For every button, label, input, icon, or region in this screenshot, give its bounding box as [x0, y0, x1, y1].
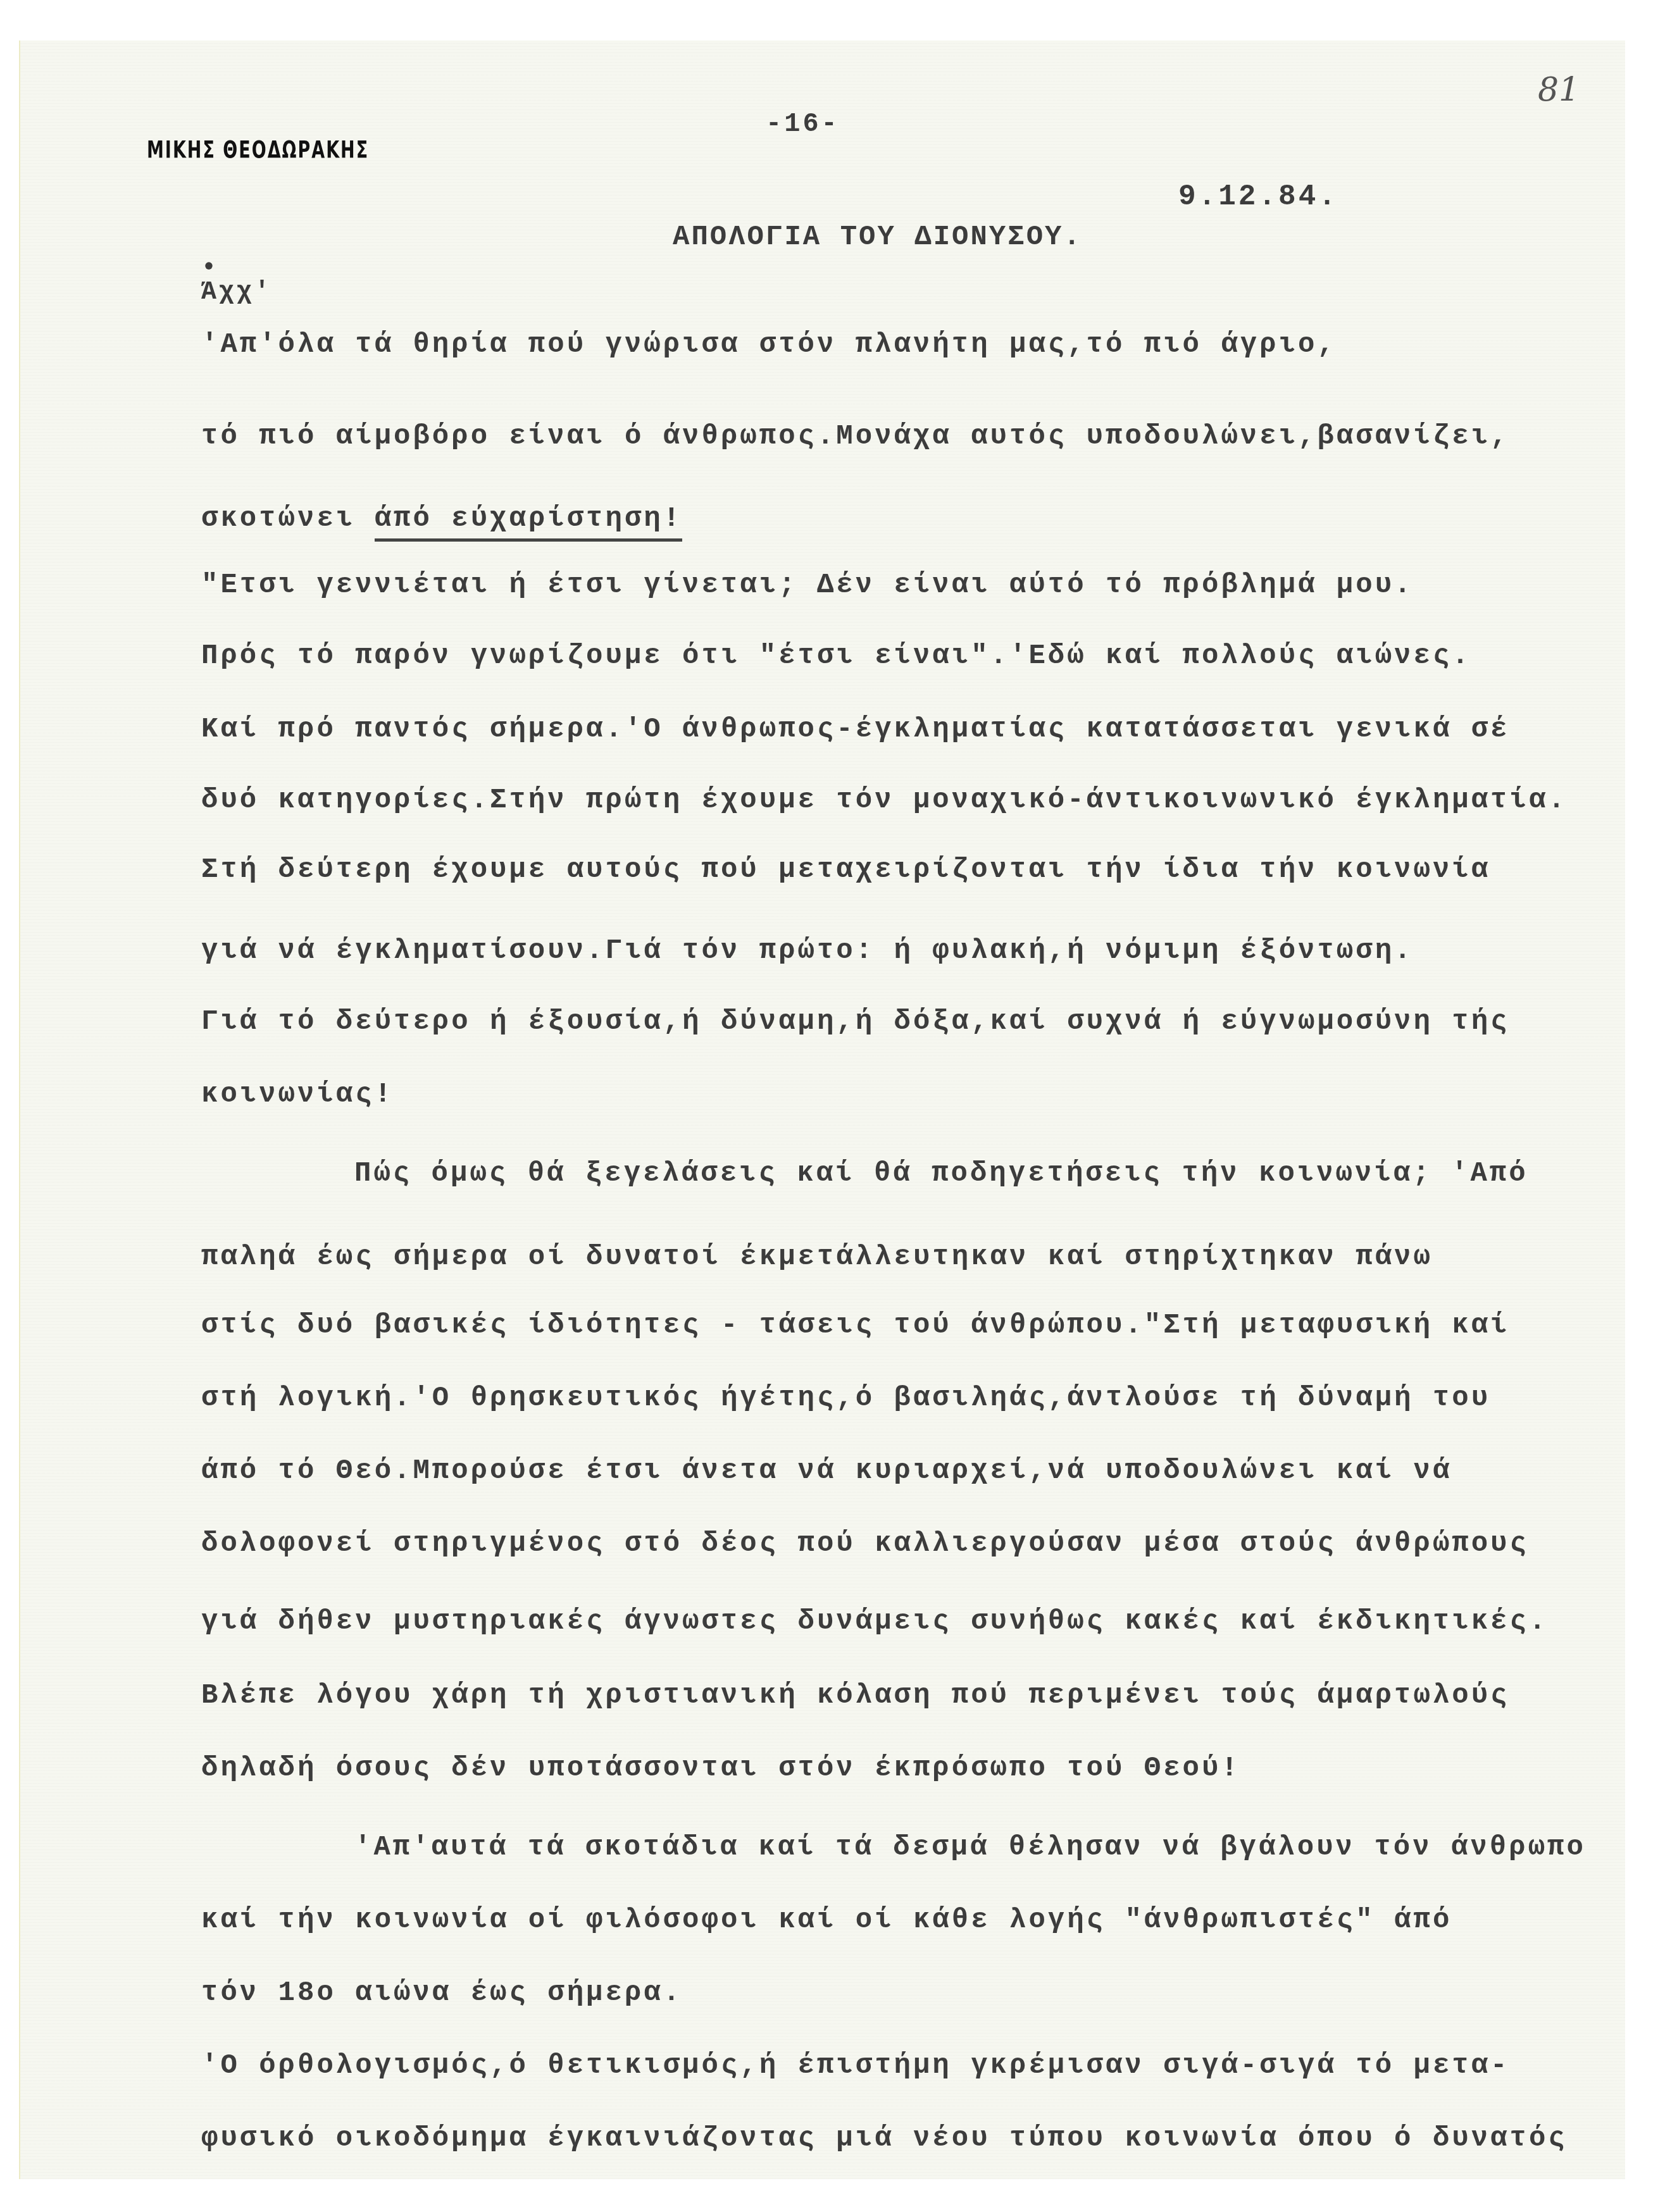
text-line: Καί πρό παντός σήμερα.'Ο άνθρωπος-έγκλημ…	[201, 714, 1510, 745]
text-line: στή λογική.'Ο θρησκευτικός ήγέτης,ό βασι…	[201, 1382, 1490, 1414]
page-number: -16-	[766, 109, 840, 139]
folio-number-handwritten: 81	[1538, 71, 1580, 109]
text-line: 'Απ'αυτά τά σκοτάδια καί τά δεσμά θέλησα…	[354, 1832, 1586, 1863]
text-line: φυσικό οικοδόμημα έγκαινιάζοντας μιά νέο…	[201, 2123, 1568, 2154]
text-line-start: σκοτώνει	[201, 503, 375, 535]
text-line: άπό τό Θεό.Μπορούσε έτσι άνετα νά κυριαρ…	[201, 1455, 1452, 1487]
document-title: ΑΠΟΛΟΓΙΑ ΤΟΥ ΔΙΟΝΥΣΟΥ.	[673, 221, 1082, 253]
salutation: Άχχ'	[201, 278, 272, 307]
text-line: σκοτώνει άπό εύχαρίστηση!	[201, 503, 682, 535]
text-line: Γιά τό δεύτερο ή έξουσία,ή δύναμη,ή δόξα…	[201, 1006, 1510, 1038]
text-line: γιά δήθεν μυστηριακές άγνωστες δυνάμεις …	[201, 1606, 1548, 1637]
underlined-phrase: άπό εύχαρίστηση!	[375, 503, 682, 542]
text-line: "Ετσι γεννιέται ή έτσι γίνεται; Δέν είνα…	[201, 569, 1413, 601]
text-line: Πρός τό παρόν γνωρίζουμε ότι "έτσι είναι…	[201, 640, 1471, 672]
text-line: δολοφονεί στηριγμένος στό δέος πού καλλι…	[201, 1528, 1529, 1560]
text-line: στίς δυό βασικές ίδιότητες - τάσεις τού …	[201, 1310, 1510, 1341]
text-line: Βλέπε λόγου χάρη τή χριστιανική κόλαση π…	[201, 1680, 1510, 1712]
document-date: 9.12.84.	[1178, 180, 1338, 213]
text-line: δυό κατηγορίες.Στήν πρώτη έχουμε τόν μον…	[201, 785, 1568, 816]
text-line: τόν 18ο αιώνα έως σήμερα.	[201, 1977, 682, 2009]
author-stamp: ΜΙΚΗΣ ΘΕΟΔΩΡΑΚΗΣ	[147, 137, 369, 164]
text-line: τό πιό αίμοβόρο είναι ό άνθρωπος.Μονάχα …	[201, 421, 1510, 452]
text-line: καί τήν κοινωνία οί φιλόσοφοι καί οί κάθ…	[201, 1904, 1452, 1936]
text-line: παληά έως σήμερα οί δυνατοί έκμετάλλευτη…	[201, 1241, 1433, 1273]
text-line: 'Απ'όλα τά θηρία πού γνώρισα στόν πλανήτ…	[201, 329, 1337, 361]
text-line: 'Ο όρθολογισμός,ό θετικισμός,ή έπιστήμη …	[201, 2050, 1510, 2082]
text-line: Πώς όμως θά ξεγελάσεις καί θά ποδηγετήσε…	[354, 1158, 1528, 1190]
text-line: γιά νά έγκληματίσουν.Γιά τόν πρώτο: ή φυ…	[201, 935, 1413, 967]
text-line: Στή δεύτερη έχουμε αυτούς πού μεταχειρίζ…	[201, 854, 1490, 886]
text-line: δηλαδή όσους δέν υποτάσσονται στόν έκπρό…	[201, 1753, 1240, 1784]
text-line: κοινωνίας!	[201, 1079, 394, 1110]
